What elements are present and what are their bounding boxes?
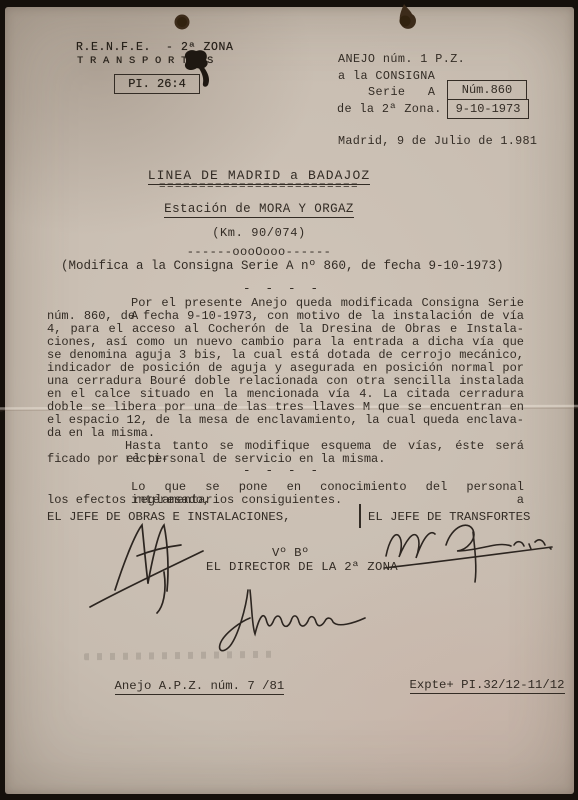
title-double-rule: ========================= — [98, 184, 420, 191]
annex-line2: a la CONSIGNA — [338, 69, 435, 83]
dateline: Madrid, 9 de Julio de 1.981 — [338, 134, 537, 148]
annex-line3: Serie A — [368, 85, 435, 99]
closing-text: Lo que se pone en conocimiento del perso… — [47, 481, 524, 507]
annex-line4: de la 2ª Zona. — [337, 102, 442, 116]
km-line: (Km. 90/074) — [98, 226, 420, 240]
vobo-label: Vº Bº — [272, 546, 309, 560]
footer-annex-ref: Anejo A.P.Z. núm. 7 /81 — [85, 665, 284, 707]
station-line: Estación de MORA Y ORGAZ — [98, 202, 420, 216]
footer-expediente-ref: Expte+ PI.32/12-11/12 — [380, 664, 565, 706]
ornament-line: ------oooOooo------ — [98, 245, 420, 259]
separator-dashes: - - - - — [243, 282, 318, 296]
body-text: Por el presente Anejo queda modificada C… — [47, 297, 524, 466]
annex-number-box: Núm.860 — [447, 80, 527, 100]
modifies-note: (Modifica a la Consigna Serie A nº 860, … — [61, 259, 504, 273]
scanned-document-photo: R.E.N.F.E. - 2ª ZONA T R A N S P O R T E… — [0, 0, 578, 800]
annex-date-box: 9-10-1973 — [447, 99, 529, 119]
signature-director — [208, 578, 373, 658]
punch-hole-torn-icon — [392, 2, 422, 36]
annex-line1: ANEJO núm. 1 P.Z. — [338, 52, 465, 66]
director-title: EL DIRECTOR DE LA 2ª ZONA — [206, 560, 398, 574]
separator-dashes: - - - - — [243, 464, 318, 478]
signature-jefe-transportes — [378, 508, 563, 590]
punch-hole-icon — [170, 10, 196, 36]
ink-blot-icon — [178, 47, 220, 91]
pen-tick-mark — [359, 504, 361, 528]
signature-jefe-obras — [85, 514, 225, 614]
